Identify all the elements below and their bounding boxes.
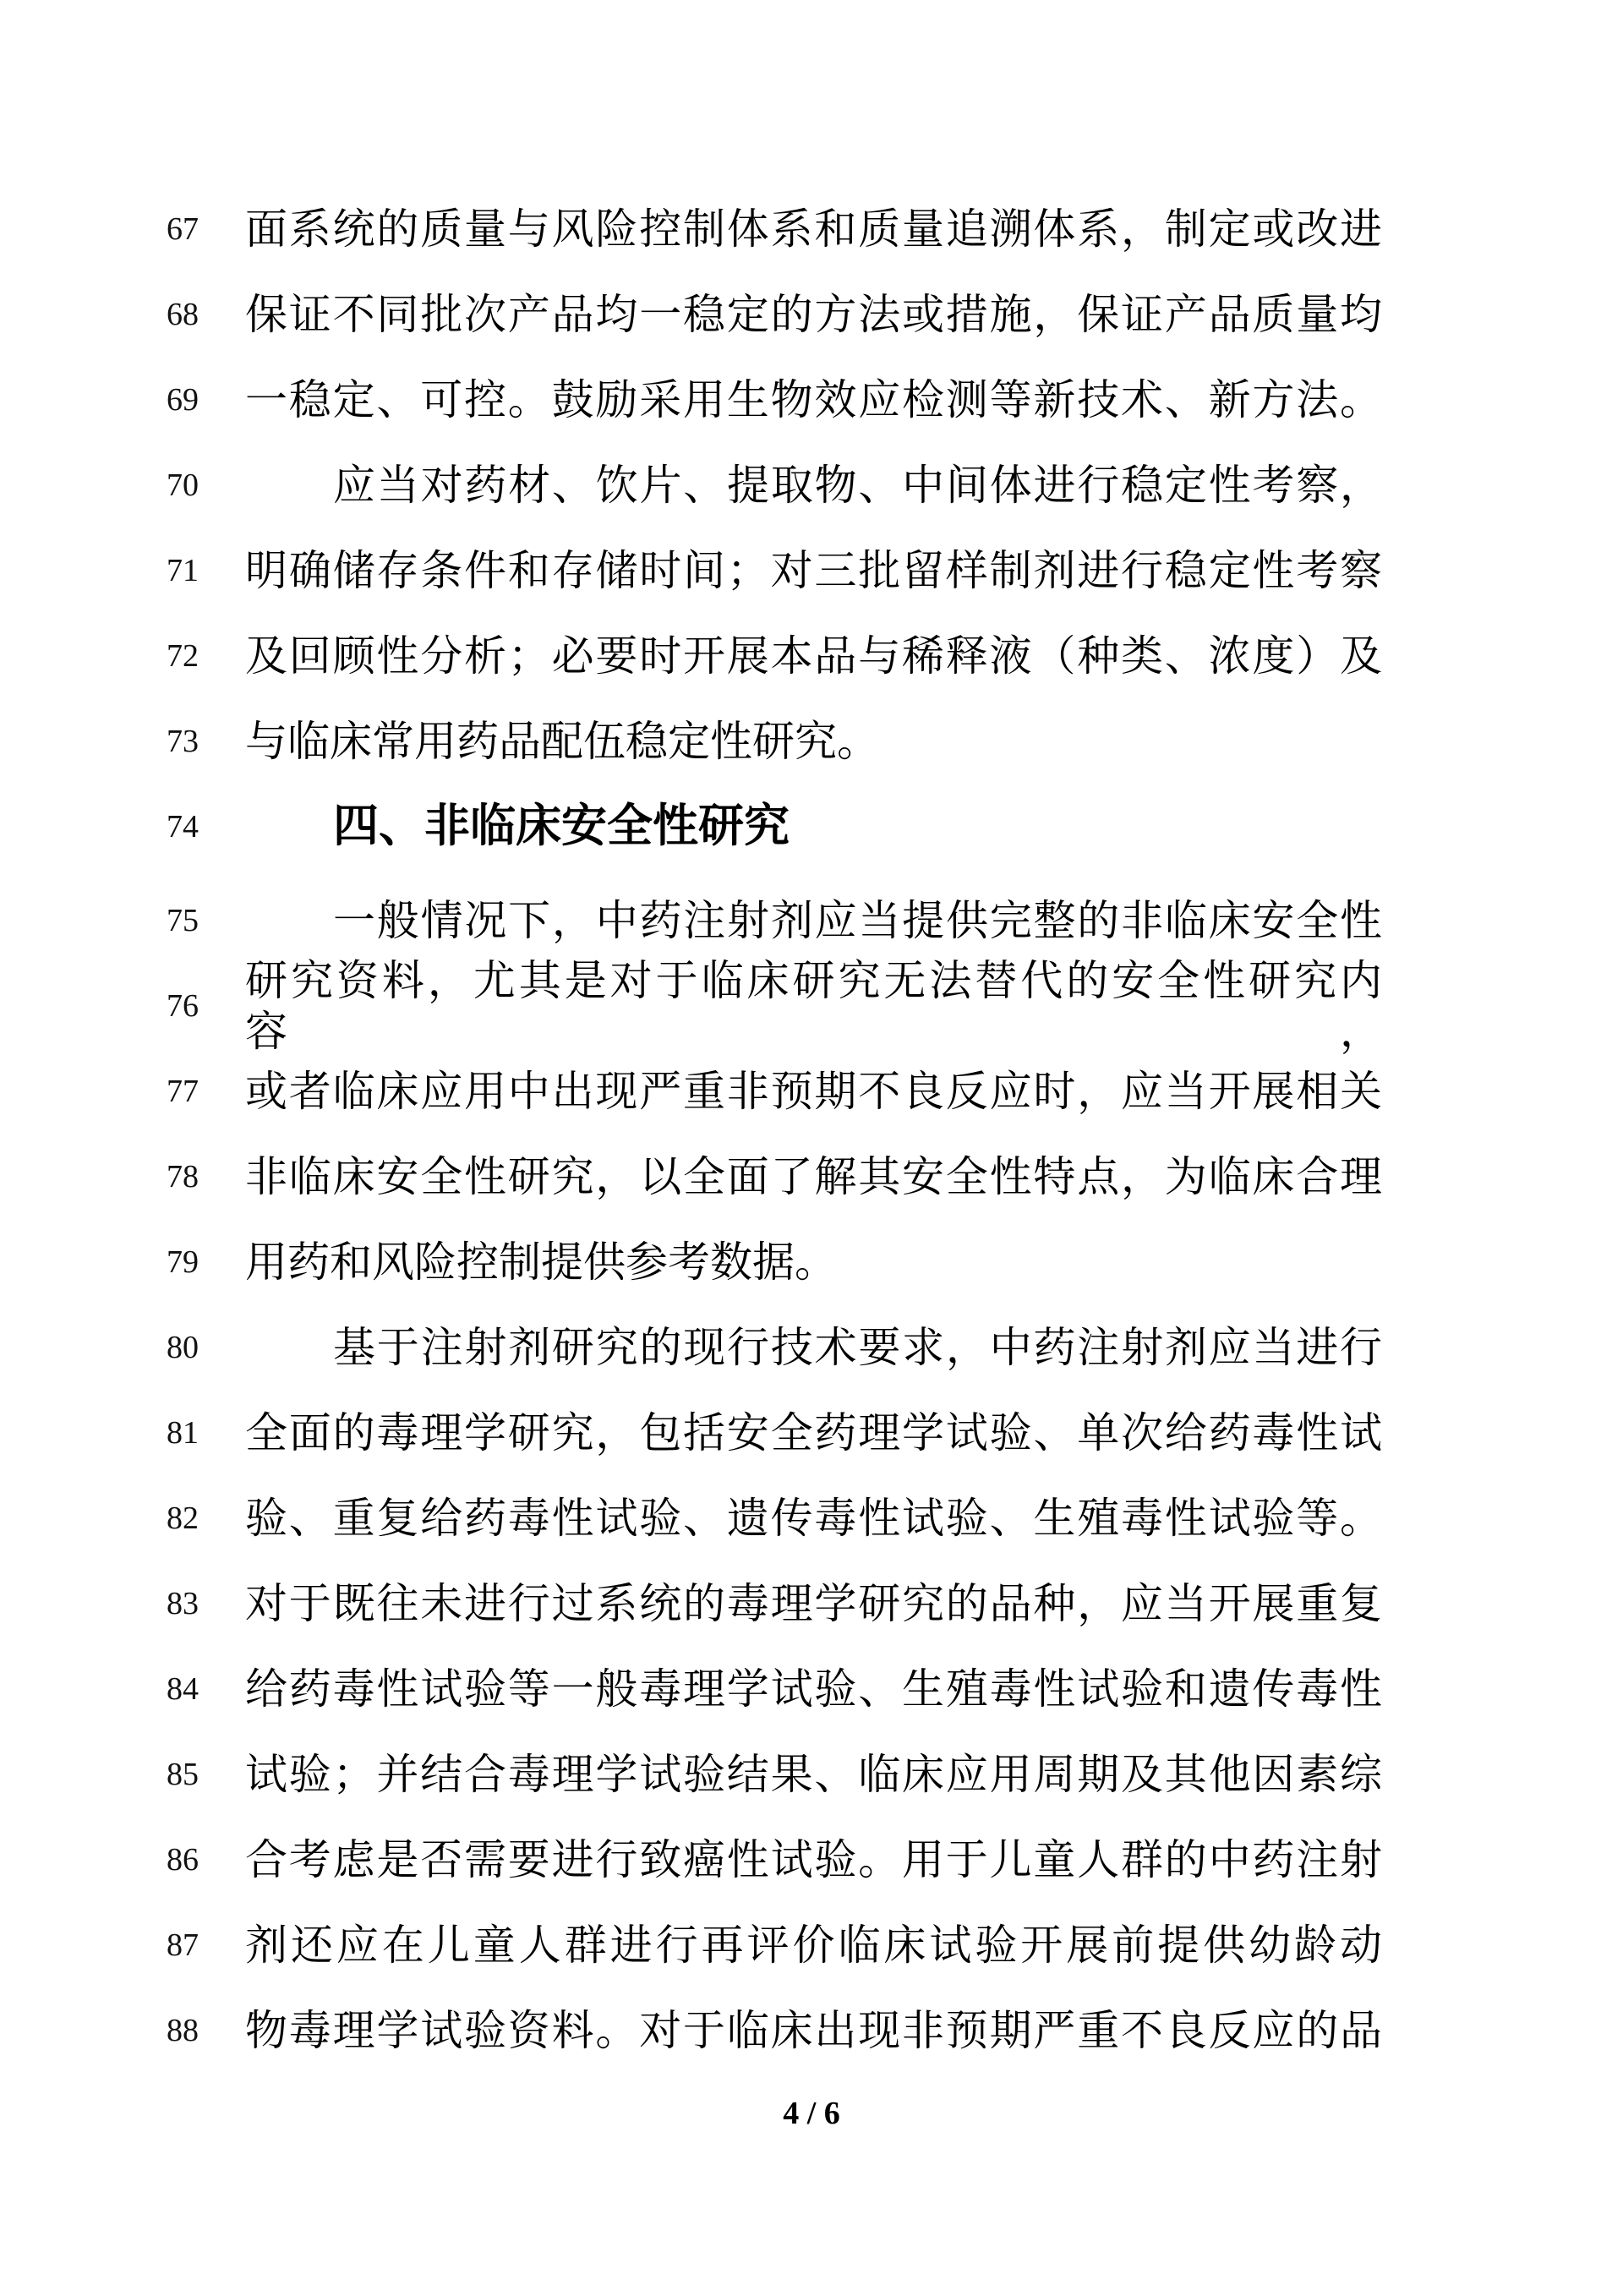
document-line: 77 或者临床应用中出现严重非预期不良反应时，应当开展相关 — [0, 1048, 1623, 1134]
line-number: 82 — [167, 1502, 205, 1534]
line-text: 全面的毒理学研究，包括安全药理学试验、单次给药毒性试 — [245, 1408, 1382, 1458]
line-text: 合考虑是否需要进行致癌性试验。用于儿童人群的中药注射 — [245, 1834, 1382, 1885]
line-number: 68 — [167, 298, 205, 331]
page-number: 4 / 6 — [0, 2095, 1623, 2132]
line-text: 四、非临床安全性研究 — [245, 799, 1382, 854]
line-text: 或者临床应用中出现严重非预期不良反应时，应当开展相关 — [245, 1066, 1382, 1117]
line-number: 69 — [167, 384, 205, 416]
document-page: 67 面系统的质量与风险控制体系和质量追溯体系，制定或改进 68 保证不同批次产… — [0, 0, 1623, 2296]
line-text: 一稳定、可控。鼓励采用生物效应检测等新技术、新方法。 — [245, 374, 1382, 425]
line-number: 67 — [167, 213, 205, 245]
line-number: 77 — [167, 1075, 205, 1107]
document-line: 75 一般情况下，中药注射剂应当提供完整的非临床安全性 — [0, 877, 1623, 963]
line-number: 72 — [167, 640, 205, 672]
document-line: 80 基于注射剂研究的现行技术要求，中药注射剂应当进行 — [0, 1304, 1623, 1390]
document-line: 76 研究资料，尤其是对于临床研究无法替代的安全性研究内容， — [0, 963, 1623, 1048]
line-text: 明确储存条件和存储时间；对三批留样制剂进行稳定性考察 — [245, 545, 1382, 596]
line-number: 75 — [167, 905, 205, 937]
line-number: 73 — [167, 725, 205, 757]
line-text: 非临床安全性研究，以全面了解其安全性特点，为临床合理 — [245, 1151, 1382, 1202]
line-text: 给药毒性试验等一般毒理学试验、生殖毒性试验和遗传毒性 — [245, 1664, 1382, 1714]
document-line: 85 试验；并结合毒理学试验结果、临床应用周期及其他因素综 — [0, 1731, 1623, 1817]
document-line: 70 应当对药材、饮片、提取物、中间体进行稳定性考察， — [0, 442, 1623, 528]
line-number: 76 — [167, 990, 205, 1022]
line-text: 试验；并结合毒理学试验结果、临床应用周期及其他因素综 — [245, 1749, 1382, 1800]
document-line: 69 一稳定、可控。鼓励采用生物效应检测等新技术、新方法。 — [0, 357, 1623, 442]
line-text: 验、重复给药毒性试验、遗传毒性试验、生殖毒性试验等。 — [245, 1493, 1382, 1544]
line-text: 用药和风险控制提供参考数据。 — [245, 1237, 1382, 1287]
line-number: 78 — [167, 1161, 205, 1193]
document-line: 84 给药毒性试验等一般毒理学试验、生殖毒性试验和遗传毒性 — [0, 1646, 1623, 1731]
document-line: 71 明确储存条件和存储时间；对三批留样制剂进行稳定性考察 — [0, 528, 1623, 613]
line-text: 与临床常用药品配伍稳定性研究。 — [245, 716, 1382, 767]
document-line: 72 及回顾性分析；必要时开展本品与稀释液（种类、浓度）及 — [0, 613, 1623, 698]
line-number: 70 — [167, 469, 205, 501]
document-line: 78 非临床安全性研究，以全面了解其安全性特点，为临床合理 — [0, 1134, 1623, 1219]
line-number: 83 — [167, 1588, 205, 1620]
line-container: 67 面系统的质量与风险控制体系和质量追溯体系，制定或改进 68 保证不同批次产… — [0, 186, 1623, 2073]
line-text: 基于注射剂研究的现行技术要求，中药注射剂应当进行 — [245, 1322, 1382, 1373]
line-number: 85 — [167, 1758, 205, 1790]
document-line: 88 物毒理学试验资料。对于临床出现非预期严重不良反应的品 — [0, 1987, 1623, 2073]
line-text: 保证不同批次产品均一稳定的方法或措施，保证产品质量均 — [245, 289, 1382, 340]
document-line: 87 剂还应在儿童人群进行再评价临床试验开展前提供幼龄动 — [0, 1902, 1623, 1987]
line-text: 研究资料，尤其是对于临床研究无法替代的安全性研究内容， — [245, 955, 1382, 1057]
line-text: 剂还应在儿童人群进行再评价临床试验开展前提供幼龄动 — [245, 1920, 1382, 1971]
line-number: 80 — [167, 1331, 205, 1364]
line-text: 应当对药材、饮片、提取物、中间体进行稳定性考察， — [245, 460, 1382, 511]
line-text: 面系统的质量与风险控制体系和质量追溯体系，制定或改进 — [245, 204, 1382, 254]
line-text: 对于既往未进行过系统的毒理学研究的品种，应当开展重复 — [245, 1578, 1382, 1629]
document-line: 86 合考虑是否需要进行致癌性试验。用于儿童人群的中药注射 — [0, 1817, 1623, 1902]
document-line: 82 验、重复给药毒性试验、遗传毒性试验、生殖毒性试验等。 — [0, 1475, 1623, 1561]
document-line: 83 对于既往未进行过系统的毒理学研究的品种，应当开展重复 — [0, 1561, 1623, 1646]
document-line: 67 面系统的质量与风险控制体系和质量追溯体系，制定或改进 — [0, 186, 1623, 271]
line-number: 86 — [167, 1844, 205, 1876]
line-text: 一般情况下，中药注射剂应当提供完整的非临床安全性 — [245, 895, 1382, 946]
document-line: 79 用药和风险控制提供参考数据。 — [0, 1219, 1623, 1304]
line-number: 71 — [167, 555, 205, 587]
document-line: 73 与临床常用药品配伍稳定性研究。 — [0, 698, 1623, 784]
line-text: 及回顾性分析；必要时开展本品与稀释液（种类、浓度）及 — [245, 631, 1382, 681]
line-number: 88 — [167, 2014, 205, 2047]
document-line: 81 全面的毒理学研究，包括安全药理学试验、单次给药毒性试 — [0, 1390, 1623, 1475]
line-number: 84 — [167, 1673, 205, 1705]
line-number: 87 — [167, 1929, 205, 1961]
line-number: 79 — [167, 1246, 205, 1278]
line-number: 81 — [167, 1417, 205, 1449]
line-number: 74 — [167, 811, 205, 843]
document-line: 74 四、非临床安全性研究 — [0, 784, 1623, 869]
document-line: 68 保证不同批次产品均一稳定的方法或措施，保证产品质量均 — [0, 271, 1623, 357]
line-text: 物毒理学试验资料。对于临床出现非预期严重不良反应的品 — [245, 2005, 1382, 2056]
